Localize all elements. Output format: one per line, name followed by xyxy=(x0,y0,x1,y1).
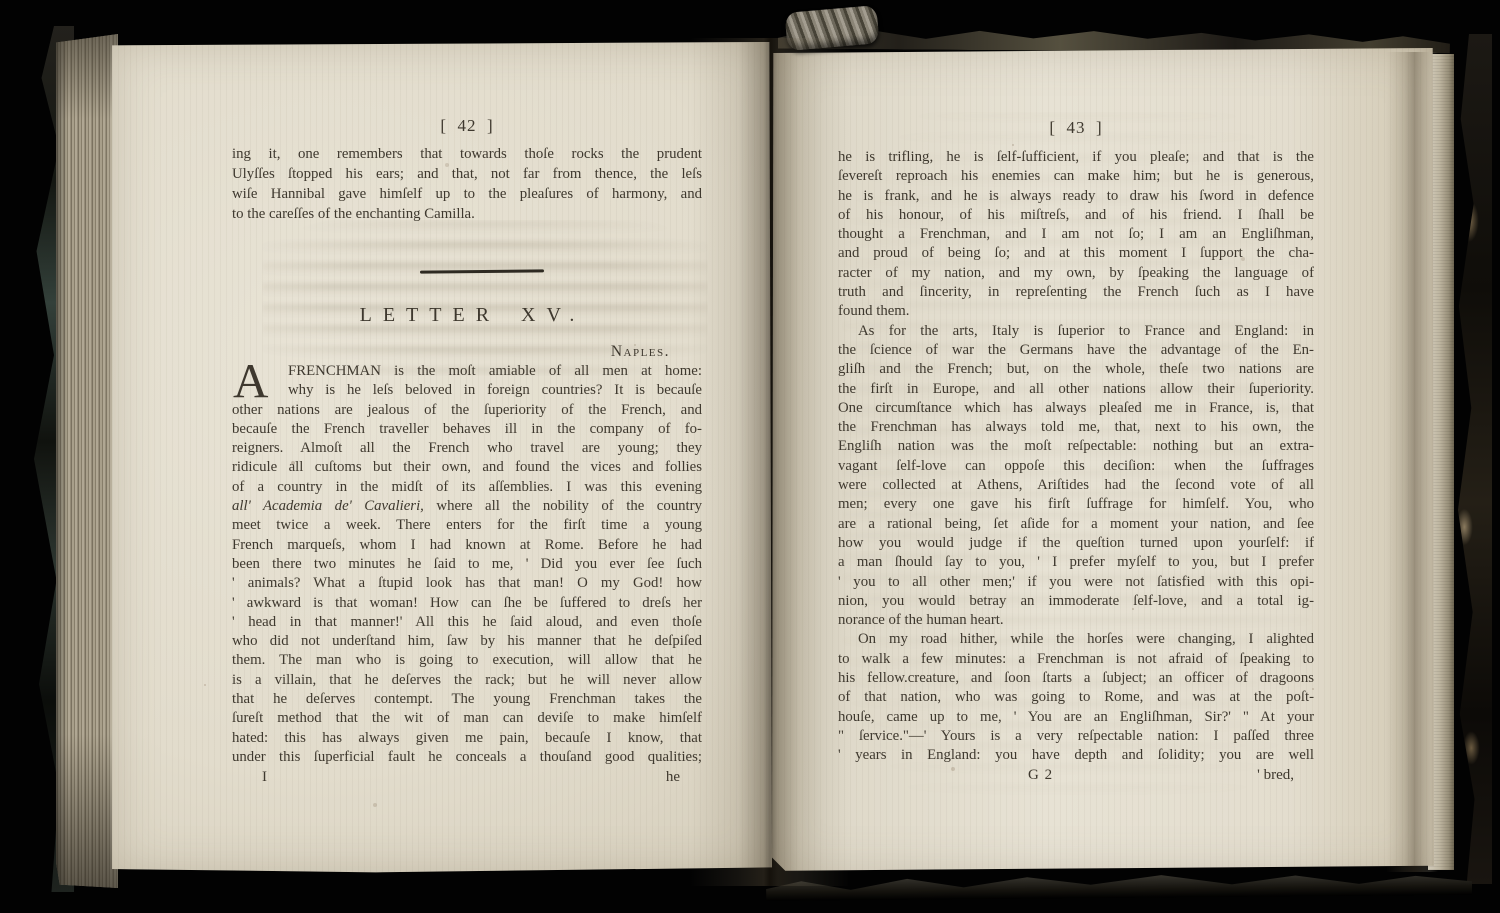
text-line: becauſe the French traveller behaves ill… xyxy=(232,420,702,439)
page-number-right: [ 43 ] xyxy=(838,118,1314,138)
text-line: he is frank, and he is always ready to d… xyxy=(838,187,1314,206)
text-line: ing it, one remembers that towards thoſe… xyxy=(232,144,702,164)
text-line: the firſt in Europe, and all other natio… xyxy=(838,380,1314,399)
text-line: Engliſh nation was the moſt reſpectable:… xyxy=(838,437,1314,456)
text-line: the ſcience of war the Germans have the … xyxy=(838,341,1314,360)
opening-paragraph: ing it, one remembers that towards thoſe… xyxy=(232,144,702,224)
text-line: norance of the human heart. xyxy=(838,611,1314,630)
right-page: [ 43 ] he is trifling, he is ſelf-ſuffic… xyxy=(772,48,1434,874)
text-line: all' Academia de' Cavalieri, where all t… xyxy=(232,497,702,516)
paragraph-1: he is trifling, he is ſelf-ſufficient, i… xyxy=(838,148,1314,322)
catchword-left: he xyxy=(232,768,702,787)
letter-body: FRENCHMAN is the moſt amiable of all men… xyxy=(232,362,702,767)
text-line: meet twice a week. There enters for the … xyxy=(232,516,702,535)
paper-specks xyxy=(772,48,774,50)
text-line: gliſh and the French; but, on the whole,… xyxy=(838,360,1314,379)
left-page: [ 42 ] ing it, one remembers that toward… xyxy=(112,42,772,874)
text-line: who did not underſtand him, ſaw by his m… xyxy=(232,632,702,651)
text-line: One circumſtance which has always pleaſe… xyxy=(838,399,1314,418)
text-line: racter of my nation, and my own, by ſpea… xyxy=(838,264,1314,283)
text-line: As for the arts, Italy is ſuperior to Fr… xyxy=(838,322,1314,341)
text-line: of his honour, of his miſtreſs, and of h… xyxy=(838,206,1314,225)
text-line: his fellow.creature, and ſoon ſtarts a ſ… xyxy=(838,669,1314,688)
text-line: wiſe Hannibal gave himſelf up to the ple… xyxy=(232,184,702,204)
page-stack-edge xyxy=(56,34,118,888)
catchword-right: ' bred, xyxy=(838,766,1314,785)
text-line: hated: this has always given me pain, be… xyxy=(232,729,702,748)
text-line: ' awkward is that woman! How can ſhe be … xyxy=(232,594,702,613)
dateline: Naples. xyxy=(232,343,702,361)
text-line: On my road hither, while the horſes were… xyxy=(838,630,1314,649)
text-line: truth and ſincerity, in repreſenting the… xyxy=(838,283,1314,302)
text-line: ' head in that manner!' All this he ſaid… xyxy=(232,613,702,632)
text-line: " ſervice."—' Yours is a very reſpectabl… xyxy=(838,727,1314,746)
text-line: thought a Frenchman, and I am not ſo; I … xyxy=(838,225,1314,244)
bottom-cover-edge xyxy=(766,865,1472,901)
text-line: them. The man who is going to execution,… xyxy=(232,651,702,670)
text-line: is a villain, that he deſerves the rack;… xyxy=(232,671,702,690)
text-line: vagant ſelf-love can oppoſe this deciſio… xyxy=(838,457,1314,476)
text-line: the Frenchman has always told me, that, … xyxy=(838,418,1314,437)
book-photograph: [ 42 ] ing it, one remembers that toward… xyxy=(0,0,1500,913)
text-line: of a country in the midſt of its aſſembl… xyxy=(232,478,702,497)
text-line: ſevereſt reproach his enemies can make h… xyxy=(838,167,1314,186)
text-line: ' years in England: you have depth and ſ… xyxy=(838,746,1314,765)
text-line: ridicule all cuſtoms but their own, and … xyxy=(232,458,702,477)
paragraph-2: As for the arts, Italy is ſuperior to Fr… xyxy=(838,322,1314,631)
text-line: were collected at Athens, Ariſtides had … xyxy=(838,476,1314,495)
paragraph-3: On my road hither, while the horſes were… xyxy=(838,630,1314,765)
text-line: are a rational being, ſet aſide for a mo… xyxy=(838,515,1314,534)
text-line: houſe, came up to me, ' You are an Engli… xyxy=(838,708,1314,727)
text-line: and proud of being ſo; and at this momen… xyxy=(838,244,1314,263)
text-line: of that nation, who was going to Rome, a… xyxy=(838,688,1314,707)
text-line: nion, you would betray an immoderate ſel… xyxy=(838,592,1314,611)
text-line: other nations are jealous of the ſuperio… xyxy=(232,401,702,420)
endband xyxy=(785,5,880,51)
text-line: FRENCHMAN is the moſt amiable of all men… xyxy=(232,362,702,381)
text-line: men; every one gave his firſt ſuffrage f… xyxy=(838,495,1314,514)
text-line: that he deſerves contempt. The young Fre… xyxy=(232,690,702,709)
text-line: a man ſhould ſay to you, ' I prefer myſe… xyxy=(838,553,1314,572)
section-rule xyxy=(420,269,544,273)
letter-body-continued: he is trifling, he is ſelf-ſufficient, i… xyxy=(838,148,1314,766)
text-line: Ulyſſes ſtopped his ears; and that, not … xyxy=(232,164,702,184)
letter-heading: LETTER XV. xyxy=(232,304,702,327)
text-line: to walk a few minutes: a Frenchman is no… xyxy=(838,650,1314,669)
text-line: reigners. Almoſt all the French who trav… xyxy=(232,439,702,458)
text-line: been there two minutes he ſaid to me, ' … xyxy=(232,555,702,574)
text-line: found them. xyxy=(838,302,1314,321)
text-line: he is trifling, he is ſelf-ſufficient, i… xyxy=(838,148,1314,167)
text-line: why is he leſs beloved in foreign countr… xyxy=(232,381,702,400)
page-number-left: [ 42 ] xyxy=(232,116,702,136)
text-line: ' you to all other men;' if you were not… xyxy=(838,573,1314,592)
text-line: how you would judge if the queſtion turn… xyxy=(838,534,1314,553)
text-line: ſureſt method that the wit of man can de… xyxy=(232,709,702,728)
text-line: French marqueſs, whom I had known at Rom… xyxy=(232,536,702,555)
text-line: under this ſuperficial fault he conceals… xyxy=(232,748,702,767)
text-line: to the careſſes of the enchanting Camill… xyxy=(232,204,702,224)
text-line: ' animals? What a ſtupid look has that m… xyxy=(232,574,702,593)
